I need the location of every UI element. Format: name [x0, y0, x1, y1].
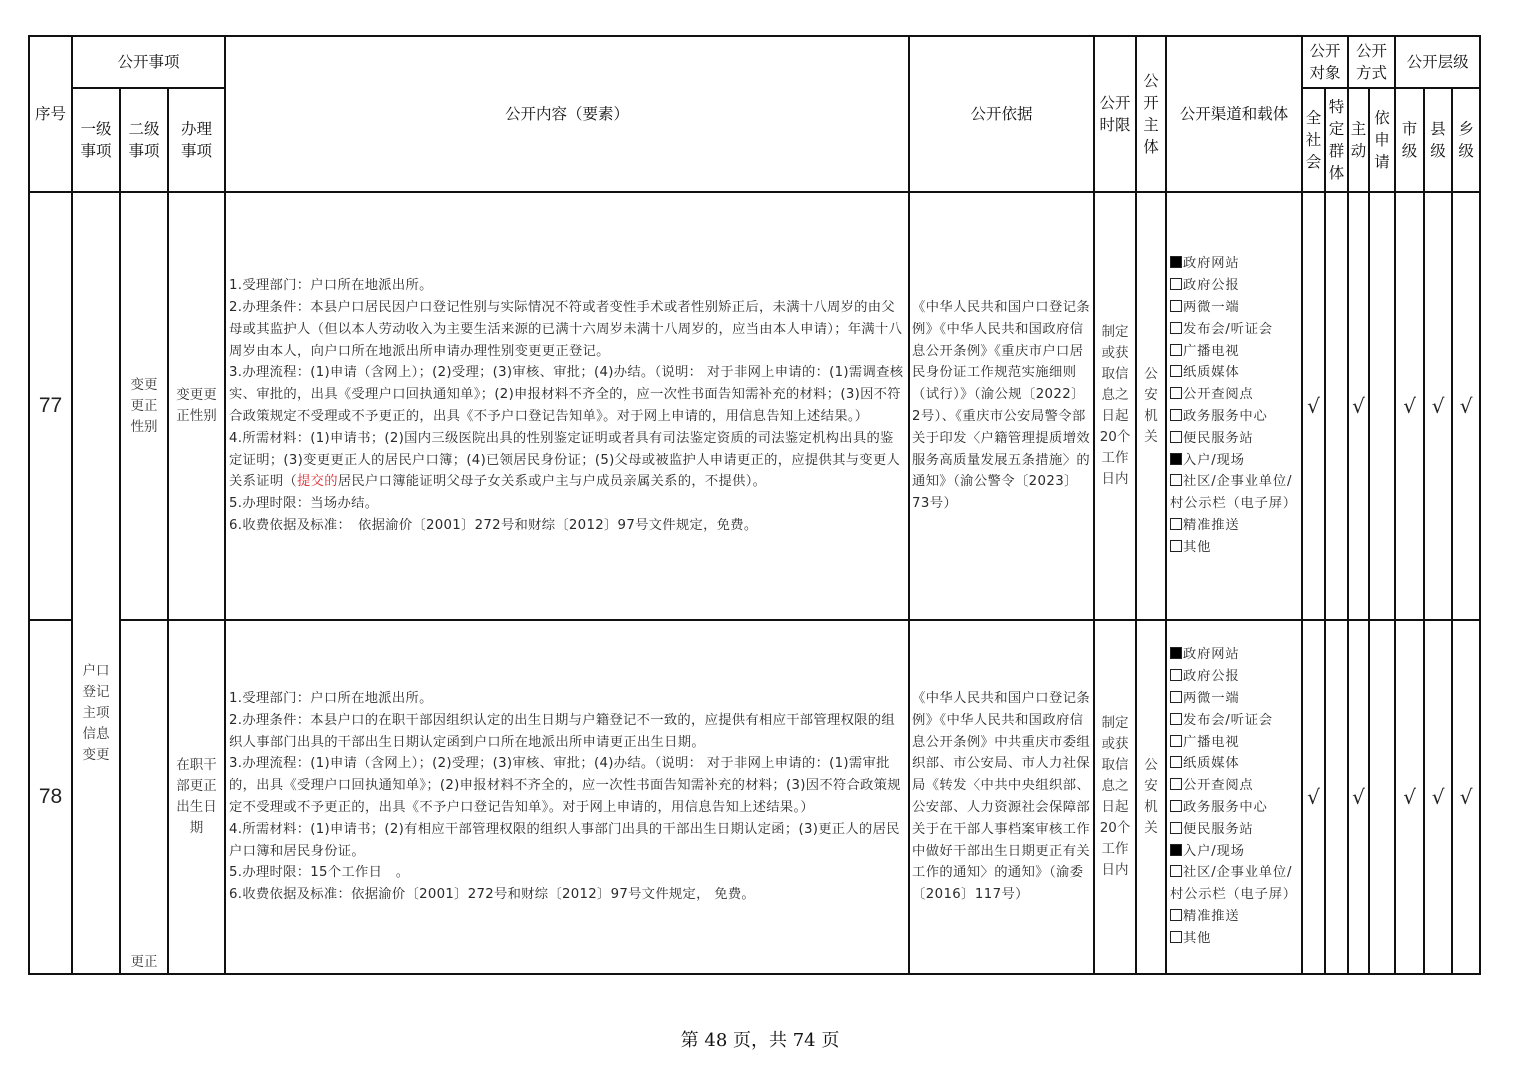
empty-box-icon — [1170, 409, 1182, 421]
header-level-town: 乡级 — [1452, 88, 1480, 192]
empty-box-icon — [1170, 344, 1182, 356]
time-limit-cell: 制定或获取信息之日起20个工作日内 — [1094, 620, 1136, 974]
header-handle: 办理事项 — [168, 88, 225, 192]
empty-box-icon — [1170, 278, 1182, 290]
level-city-check: √ — [1395, 620, 1424, 974]
channel-item: 发布会/听证会 — [1170, 710, 1298, 732]
channel-item: 入户/现场 — [1170, 841, 1298, 863]
method-request-check — [1369, 620, 1395, 974]
channel-item: 广播电视 — [1170, 732, 1298, 754]
channel-item: 便民服务站 — [1170, 819, 1298, 841]
channel-item: 其他 — [1170, 928, 1298, 950]
table-row-78: 78 更正 在职干部更正出生日期 1.受理部门：户口所在地派出所。 2.办理条件… — [29, 620, 1480, 974]
empty-box-icon — [1170, 822, 1182, 834]
checked-box-icon — [1170, 453, 1182, 465]
empty-box-icon — [1170, 931, 1182, 943]
channel-item: 精准推送 — [1170, 515, 1298, 537]
empty-box-icon — [1170, 518, 1182, 530]
header-level-county: 县级 — [1424, 88, 1452, 192]
channel-cell: 政府网站 政府公报 两微一端 发布会/听证会 广播电视 纸质媒体 公开查阅点 政… — [1166, 192, 1302, 620]
header-level-city: 市级 — [1395, 88, 1424, 192]
channel-item: 纸质媒体 — [1170, 362, 1298, 384]
empty-box-icon — [1170, 431, 1182, 443]
empty-box-icon — [1170, 474, 1182, 486]
channel-item: 精准推送 — [1170, 906, 1298, 928]
level2-item: 更正 — [120, 620, 168, 974]
channel-item: 公开查阅点 — [1170, 775, 1298, 797]
empty-box-icon — [1170, 909, 1182, 921]
level1-item: 户口登记主项信息变更 — [72, 192, 120, 974]
time-limit-cell: 制定或获取信息之日起20个工作日内 — [1094, 192, 1136, 620]
empty-box-icon — [1170, 865, 1182, 877]
method-active-check: √ — [1348, 620, 1369, 974]
content-cell: 1.受理部门：户口所在地派出所。 2.办理条件：本县户口居民因户口登记性别与实际… — [225, 192, 909, 620]
basis-cell: 《中华人民共和国户口登记条例》《中华人民共和国政府信息公开条例》《重庆市户口居民… — [909, 192, 1094, 620]
level-town-check: √ — [1452, 192, 1480, 620]
target-specific-check — [1325, 620, 1348, 974]
channel-item: 纸质媒体 — [1170, 753, 1298, 775]
channel-item: 社区/企事业单位/村公示栏（电子屏） — [1170, 862, 1298, 906]
header-target-all: 全社会 — [1302, 88, 1325, 192]
channel-item: 政府网站 — [1170, 644, 1298, 666]
handle-item: 变更更正性别 — [168, 192, 225, 620]
level-city-check: √ — [1395, 192, 1424, 620]
header-seq: 序号 — [29, 36, 72, 192]
channel-item: 公开查阅点 — [1170, 384, 1298, 406]
highlighted-text: 提交的 — [297, 474, 338, 489]
empty-box-icon — [1170, 669, 1182, 681]
header-method-active: 主动 — [1348, 88, 1369, 192]
channel-item: 社区/企事业单位/村公示栏（电子屏） — [1170, 471, 1298, 515]
table-row-77: 77 户口登记主项信息变更 变更更正性别 变更更正性别 1.受理部门：户口所在地… — [29, 192, 1480, 620]
channel-item: 两微一端 — [1170, 688, 1298, 710]
level-county-check: √ — [1424, 620, 1452, 974]
target-all-check: √ — [1302, 192, 1325, 620]
channel-item: 两微一端 — [1170, 297, 1298, 319]
empty-box-icon — [1170, 540, 1182, 552]
header-channel: 公开渠道和载体 — [1166, 36, 1302, 192]
channel-item: 入户/现场 — [1170, 450, 1298, 472]
target-specific-check — [1325, 192, 1348, 620]
channel-item: 其他 — [1170, 537, 1298, 559]
empty-box-icon — [1170, 365, 1182, 377]
channel-item: 发布会/听证会 — [1170, 319, 1298, 341]
channel-item: 政府公报 — [1170, 275, 1298, 297]
channel-item: 便民服务站 — [1170, 428, 1298, 450]
header-basis: 公开依据 — [909, 36, 1094, 192]
level2-item: 变更更正性别 — [120, 192, 168, 620]
empty-box-icon — [1170, 300, 1182, 312]
header-level: 公开层级 — [1395, 36, 1480, 88]
row-seq: 78 — [29, 620, 72, 974]
channel-item: 政府网站 — [1170, 253, 1298, 275]
header-public-items: 公开事项 — [72, 36, 225, 88]
empty-box-icon — [1170, 800, 1182, 812]
level-town-check: √ — [1452, 620, 1480, 974]
subject-cell: 公安机关 — [1136, 192, 1166, 620]
header-time-limit: 公开时限 — [1094, 36, 1136, 192]
header-content: 公开内容（要素） — [225, 36, 909, 192]
header-method: 公开方式 — [1348, 36, 1395, 88]
handle-item: 在职干部更正出生日期 — [168, 620, 225, 974]
checked-box-icon — [1170, 256, 1182, 268]
channel-item: 政务服务中心 — [1170, 406, 1298, 428]
header-subject: 公开主体 — [1136, 36, 1166, 192]
channel-item: 政务服务中心 — [1170, 797, 1298, 819]
method-active-check: √ — [1348, 192, 1369, 620]
method-request-check — [1369, 192, 1395, 620]
checked-box-icon — [1170, 844, 1182, 856]
empty-box-icon — [1170, 735, 1182, 747]
disclosure-table: 序号 公开事项 公开内容（要素） 公开依据 公开时限 公开主体 公开渠道和载体 … — [28, 35, 1481, 975]
empty-box-icon — [1170, 322, 1182, 334]
empty-box-icon — [1170, 387, 1182, 399]
header-level2: 二级事项 — [120, 88, 168, 192]
channel-cell: 政府网站 政府公报 两微一端 发布会/听证会 广播电视 纸质媒体 公开查阅点 政… — [1166, 620, 1302, 974]
checked-box-icon — [1170, 647, 1182, 659]
row-seq: 77 — [29, 192, 72, 620]
header-level1: 一级事项 — [72, 88, 120, 192]
channel-item: 广播电视 — [1170, 341, 1298, 363]
header-target-specific: 特定群体 — [1325, 88, 1348, 192]
empty-box-icon — [1170, 691, 1182, 703]
channel-item: 政府公报 — [1170, 666, 1298, 688]
level-county-check: √ — [1424, 192, 1452, 620]
header-target: 公开对象 — [1302, 36, 1348, 88]
content-cell: 1.受理部门：户口所在地派出所。 2.办理条件：本县户口的在职干部因组织认定的出… — [225, 620, 909, 974]
empty-box-icon — [1170, 778, 1182, 790]
empty-box-icon — [1170, 713, 1182, 725]
basis-cell: 《中华人民共和国户口登记条例》《中华人民共和国政府信息公开条例》中共重庆市委组织… — [909, 620, 1094, 974]
header-method-request: 依申请 — [1369, 88, 1395, 192]
empty-box-icon — [1170, 756, 1182, 768]
target-all-check: √ — [1302, 620, 1325, 974]
subject-cell: 公安机关 — [1136, 620, 1166, 974]
page-number: 第 48 页，共 74 页 — [0, 1026, 1520, 1052]
